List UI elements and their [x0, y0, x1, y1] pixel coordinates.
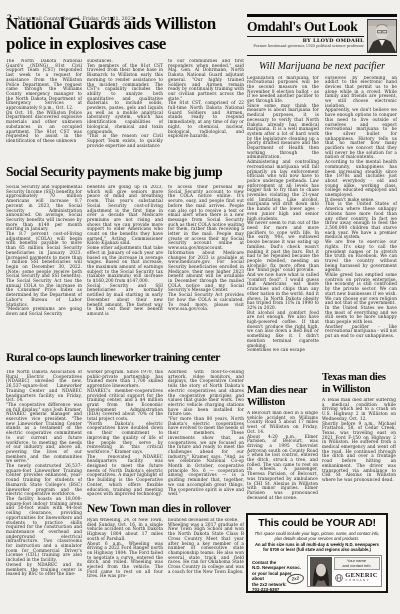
- byline-subtitle: Former lieutenant governor, UND politica…: [247, 44, 364, 48]
- house-ad-box: This could be YOUR AD! This space could …: [246, 513, 388, 593]
- article-column: The North Dakota Association of Rural El…: [6, 370, 82, 614]
- ad-headline: This could be YOUR AD!: [252, 517, 382, 529]
- portrait-illustration: [368, 20, 396, 52]
- article-column: worker program. Since 1970, this public-…: [87, 370, 163, 500]
- article-column: Social Security and Supplemental Securit…: [6, 185, 82, 345]
- byline: BY LLOYD OMDAHL: [247, 38, 364, 44]
- new-town-columns: Ryan Wheeling, 24, of New Town, died Sun…: [87, 518, 244, 612]
- article-column: Adorned with floor-to-ceiling artwork, v…: [168, 370, 244, 500]
- article-column: to our communities and first responders …: [168, 59, 244, 161]
- texas-man-headline: Texas man dies in Williston: [322, 372, 396, 395]
- divider-rule: [247, 36, 364, 37]
- ad-details: An ad this size runs in all multi-day & …: [252, 542, 382, 552]
- ad-company-name: GENERIC COMPANY: [345, 573, 377, 583]
- article-new-town: New Town man dies in rollover Ryan Wheel…: [87, 503, 244, 612]
- article-column: The North Dakota National Guard's (NDNG)…: [6, 59, 82, 161]
- omdahl-article-title: Will Marijuana be next pacifier: [247, 61, 397, 72]
- article-column: to access their personal my Social Secur…: [168, 185, 244, 345]
- ad-name-placeholder: Your name and contact info: [334, 557, 380, 570]
- ad-contact-info: Contact the N.D. Newspaper Assoc. or you…: [252, 555, 304, 585]
- article-column: substances. Ten members of the 81st CST …: [87, 59, 163, 161]
- column-banner: Omdahl's Out Look BY LLOYD OMDAHL Former…: [247, 19, 397, 53]
- woman-photo-illustration: [310, 557, 332, 586]
- man-dies-headline: Man dies near Williston: [247, 385, 318, 408]
- ad-company-name-bottom: COMPANY: [345, 579, 377, 582]
- ad-company-logo: GENERIC COMPANY: [334, 573, 380, 583]
- article-column: benefits are going up in 2023, which wil…: [87, 185, 163, 345]
- social-security-headline: Social Security payments make big jump: [6, 164, 248, 180]
- divider-rule: [247, 14, 397, 17]
- article-man-dies: Man dies near Williston A Belcourt man d…: [247, 385, 318, 503]
- rural-coops-columns-right: worker program. Since 1970, this public-…: [87, 370, 244, 500]
- new-town-headline: New Town man dies in rollover: [87, 503, 244, 515]
- article-texas-man: Texas man dies in Williston A Texas man …: [322, 372, 396, 498]
- article-column: Ryan Wheeling, 24, of New Town, died Sun…: [87, 518, 163, 612]
- article-column: A Texas man died after suffering a medic…: [322, 398, 396, 498]
- banner-text: Omdahl's Out Look BY LLOYD OMDAHL Former…: [247, 19, 364, 49]
- omdahl-portrait-photo: [367, 19, 397, 53]
- newspaper-page: 2—Mountrail County Record, Friday, Oct. …: [0, 0, 400, 614]
- article-column: Legalization of marijuana for recreation…: [247, 76, 319, 376]
- globe-icon: [335, 574, 343, 582]
- rural-coops-headline: Rural co-ops launch lineworker training …: [6, 350, 248, 365]
- article-social-security: Social Security payments make big jump S…: [6, 164, 248, 345]
- national-guards-headline: National Guards aids Williston police in…: [6, 14, 245, 53]
- column-banner-title: Omdahl's Out Look: [247, 19, 364, 35]
- article-rural-coops: Rural co-ops launch lineworker training …: [6, 350, 248, 614]
- ad-tagline: This space could include your logo, pict…: [252, 531, 382, 541]
- ad-bottom-row: Contact the N.D. Newspaper Assoc. or you…: [252, 555, 382, 587]
- ad-sample-photo: [310, 557, 332, 584]
- rural-right-region: worker program. Since 1970, this public-…: [87, 370, 244, 614]
- social-security-columns: Social Security and Supplemental Securit…: [6, 185, 248, 345]
- article-column: A Belcourt man died in a single vehicle …: [247, 411, 318, 503]
- rural-coops-columns: The North Dakota Association of Rural El…: [6, 370, 248, 614]
- article-national-guards: National Guards aids Williston police in…: [6, 14, 245, 161]
- divider-rule: [247, 55, 397, 56]
- omdahl-outlook-column: Omdahl's Out Look BY LLOYD OMDAHL Former…: [247, 14, 397, 376]
- article-column: ourselves by becoming an addict to the e…: [325, 76, 397, 376]
- ad-sample-box: Your name and contact info GENERIC COMPA…: [307, 555, 382, 587]
- national-guards-columns: The North Dakota National Guard's (NDNG)…: [6, 59, 245, 161]
- article-column: nounced deceased at the scene. Wheeling …: [168, 518, 244, 612]
- ad-sample-right: Your name and contact info GENERIC COMPA…: [334, 557, 380, 584]
- omdahl-columns: Legalization of marijuana for recreation…: [247, 76, 397, 376]
